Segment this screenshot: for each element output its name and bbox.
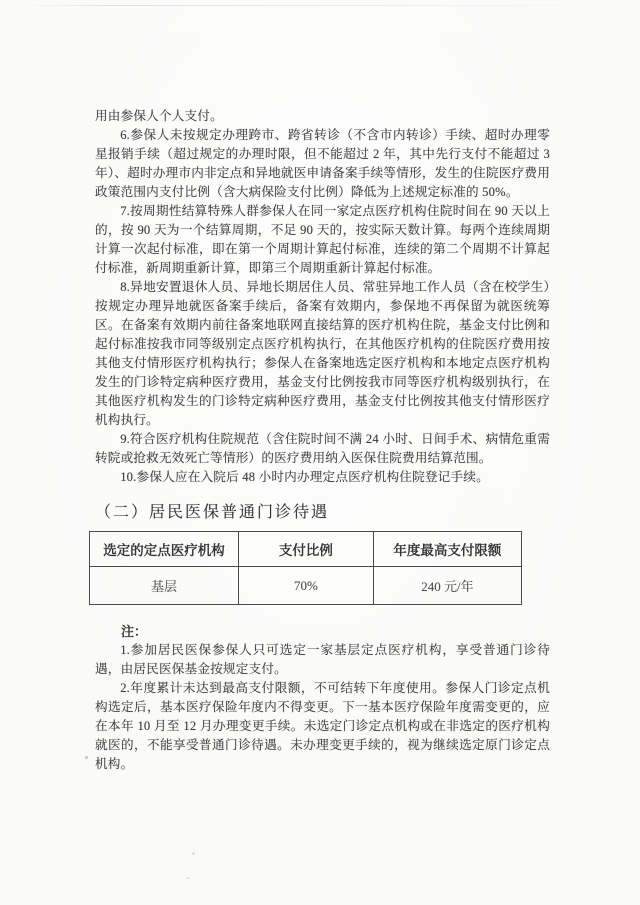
table-cell-annual-limit: 240 元/年 — [373, 567, 521, 605]
scan-speck — [192, 852, 195, 855]
table-cell-institution: 基层 — [90, 567, 239, 605]
scanned-document-page: 用由参保人个人支付。 6.参保人未按规定办理跨市、跨省转诊（不含市内转诊）手续、… — [0, 0, 640, 905]
table-header-row: 选定的定点医疗机构 支付比例 年度最高支付限额 — [90, 532, 522, 567]
paragraph-item-10: 10.参保人应在入院后 48 小时内办理定点医疗机构住院登记手续。 — [95, 468, 550, 487]
note-item-1: 1.参加居民医保参保人只可选定一家基层定点医疗机构，享受普通门诊待遇，由居民医保… — [95, 641, 550, 679]
document-body: 用由参保人个人支付。 6.参保人未按规定办理跨市、跨省转诊（不含市内转诊）手续、… — [95, 107, 550, 774]
table-header-selected-institution: 选定的定点医疗机构 — [90, 532, 239, 567]
paragraph-item-8: 8.异地安置退休人员、异地长期居住人员、常驻异地工作人员（含在校学生）按规定办理… — [95, 278, 550, 430]
table-header-payment-ratio: 支付比例 — [239, 532, 374, 567]
scan-speck — [85, 756, 88, 759]
paragraph-continuation: 用由参保人个人支付。 — [95, 107, 550, 126]
section-heading: （二）居民医保普通门诊待遇 — [95, 502, 550, 524]
table-header-annual-max-limit: 年度最高支付限额 — [373, 532, 521, 567]
note-item-2: 2.年度累计未达到最高支付限额，不可结转下年度使用。参保人门诊定点机构选定后，基… — [95, 679, 550, 774]
paragraph-item-7: 7.按周期性结算特殊人群参保人在同一家定点医疗机构住院时间在 90 天以上的，按… — [95, 202, 550, 278]
paragraph-item-6: 6.参保人未按规定办理跨市、跨省转诊（不含市内转诊）手续、超时办理零星报销手续（… — [95, 126, 550, 202]
paragraph-item-9: 9.符合医疗机构住院规范（含住院时间不满 24 小时、日间手术、病情危重需转院或… — [95, 430, 550, 468]
table-cell-payment-ratio: 70% — [239, 567, 374, 605]
scan-edge-line — [18, 5, 622, 6]
notes-label: 注： — [95, 622, 550, 641]
table-row: 基层 70% 240 元/年 — [90, 567, 522, 605]
outpatient-benefits-table: 选定的定点医疗机构 支付比例 年度最高支付限额 基层 70% 240 元/年 — [89, 531, 522, 605]
scan-speck — [186, 877, 190, 879]
